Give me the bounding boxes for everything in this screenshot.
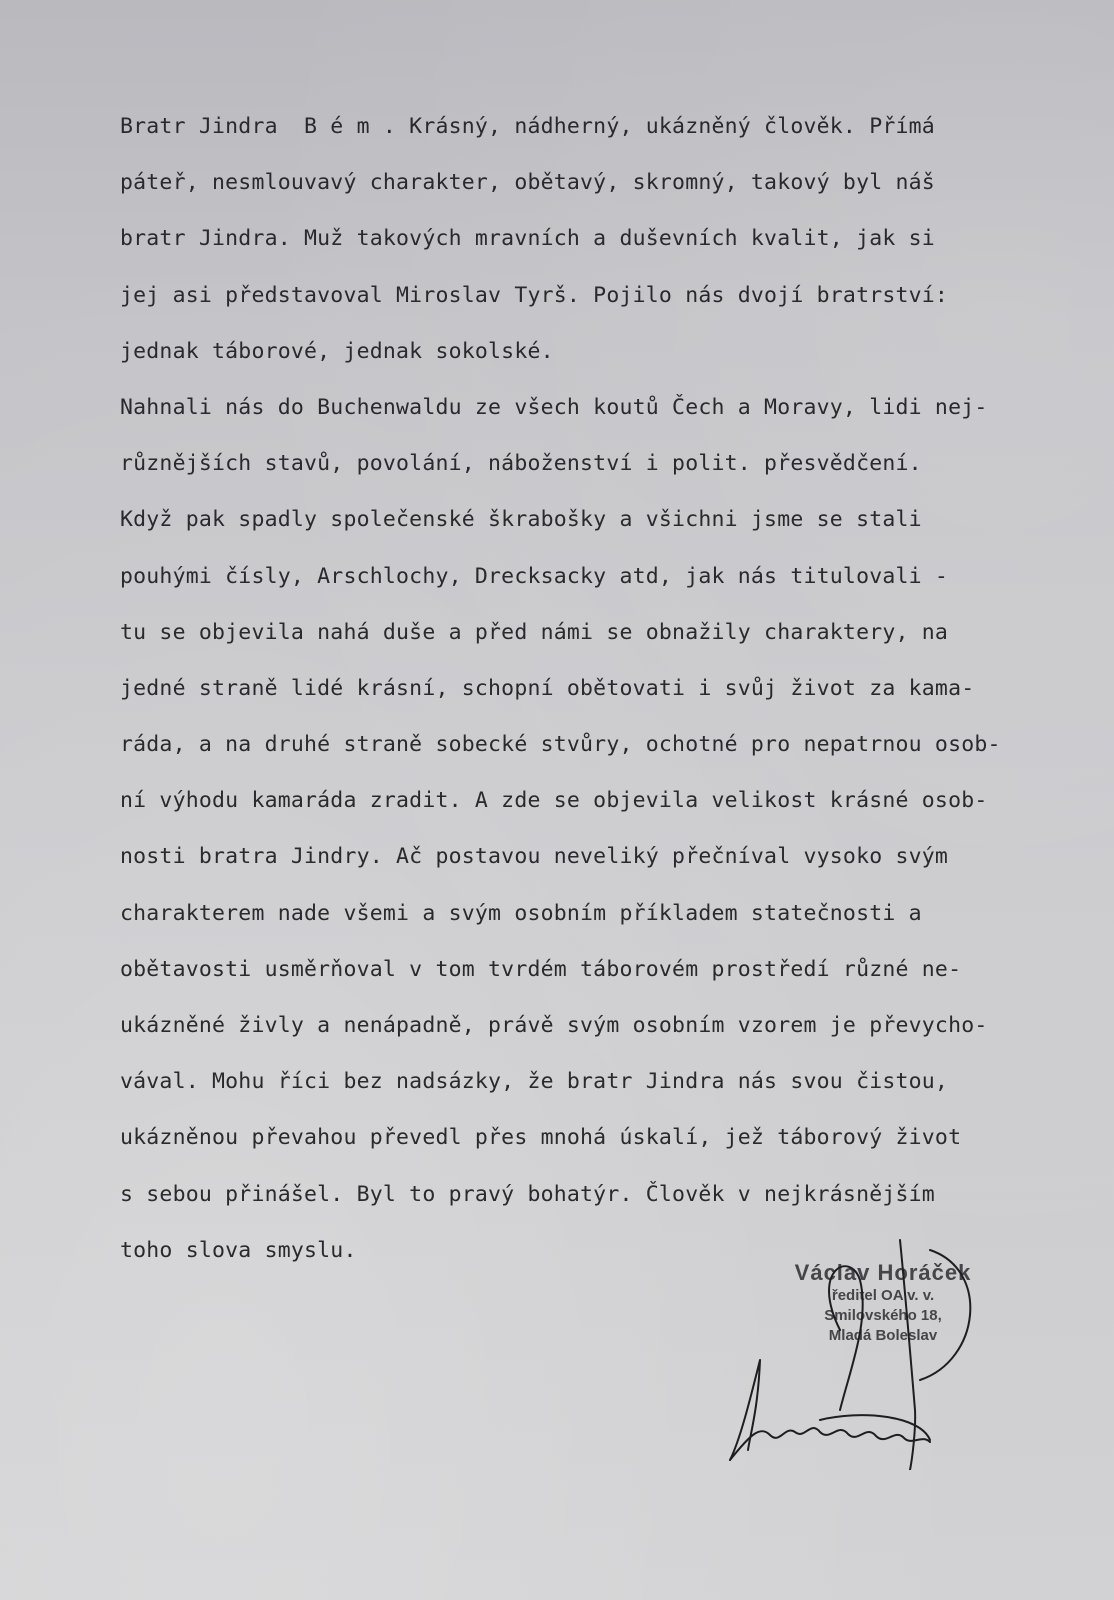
text-line: páteř, nesmlouvavý charakter, obětavý, s… (120, 168, 1100, 224)
text-line: ní výhodu kamaráda zradit. A zde se obje… (120, 786, 1100, 842)
text-line: ukázněnou převahou převedl přes mnohá ús… (120, 1123, 1100, 1179)
letter-page: Bratr Jindra B é m . Krásný, nádherný, u… (0, 0, 1114, 1600)
text-line: Když pak spadly společenské škrabošky a … (120, 505, 1100, 561)
text-line: tu se objevila nahá duše a před námi se … (120, 618, 1100, 674)
text-line: vával. Mohu říci bez nadsázky, že bratr … (120, 1067, 1100, 1123)
text-line: ukázněné živly a nenápadně, právě svým o… (120, 1011, 1100, 1067)
text-line: bratr Jindra. Muž takových mravních a du… (120, 224, 1100, 280)
handwritten-signature-icon (690, 1210, 1010, 1470)
text-line: jedné straně lidé krásní, schopní obětov… (120, 674, 1100, 730)
text-line: jednak táborové, jednak sokolské. (120, 337, 1100, 393)
signature-block: Václav Horáček ředitel OA v. v. Smilovsk… (760, 1260, 1000, 1440)
text-line: jej asi představoval Miroslav Tyrš. Poji… (120, 281, 1100, 337)
text-line: pouhými čísly, Arschlochy, Drecksacky at… (120, 562, 1100, 618)
text-line: ráda, a na druhé straně sobecké stvůry, … (120, 730, 1100, 786)
typed-letter-body: Bratr Jindra B é m . Krásný, nádherný, u… (120, 112, 1100, 1292)
text-line: obětavosti usměrňoval v tom tvrdém tábor… (120, 955, 1100, 1011)
text-line: charakterem nade všemi a svým osobním př… (120, 899, 1100, 955)
text-line: Nahnali nás do Buchenwaldu ze všech kout… (120, 393, 1100, 449)
text-line: různějších stavů, povolání, náboženství … (120, 449, 1100, 505)
text-line: nosti bratra Jindry. Ač postavou nevelik… (120, 842, 1100, 898)
text-line: Bratr Jindra B é m . Krásný, nádherný, u… (120, 112, 1100, 168)
